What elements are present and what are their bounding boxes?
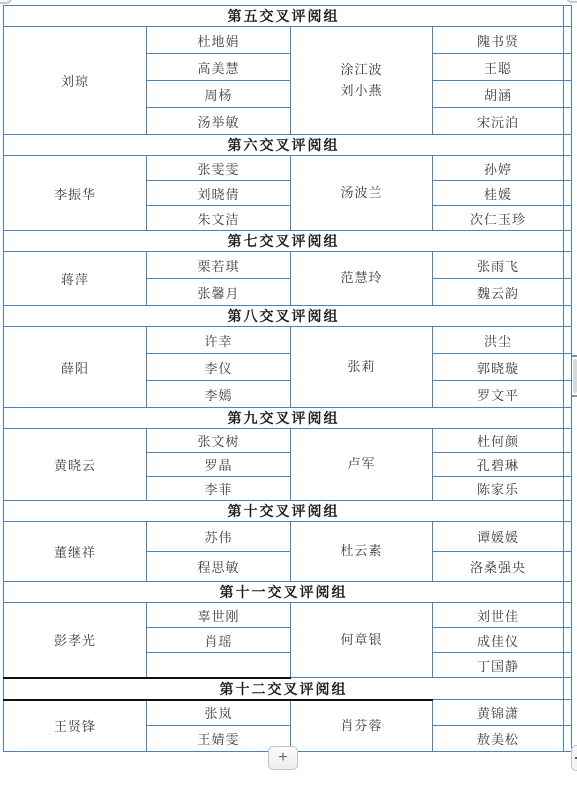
narrow-cell <box>564 429 572 453</box>
narrow-cell <box>564 6 572 27</box>
narrow-cell <box>564 522 572 552</box>
member-cell[interactable]: 次仁玉珍 <box>433 206 564 231</box>
group-header-cell[interactable]: 第八交叉评阅组 <box>4 306 564 327</box>
member-cell[interactable]: 苏伟 <box>147 522 291 552</box>
leader-cell[interactable]: 王贤锋 <box>4 700 147 752</box>
member-cell[interactable]: 张雨飞 <box>433 252 564 279</box>
member-cell[interactable]: 栗若琪 <box>147 252 291 279</box>
member-cell[interactable]: 汤举敏 <box>147 108 291 135</box>
member-cell[interactable]: 黄锦潇 <box>433 700 564 726</box>
narrow-cell <box>564 231 572 252</box>
member-cell[interactable]: 张文树 <box>147 429 291 453</box>
leader-cell[interactable]: 薛阳 <box>4 327 147 408</box>
narrow-cell <box>564 552 572 582</box>
leader-cell[interactable]: 刘琼 <box>4 27 147 135</box>
member-cell[interactable]: 程思敏 <box>147 552 291 582</box>
leader-cell[interactable]: 彭孝光 <box>4 603 147 678</box>
reviewer-cell[interactable]: 杜云素 <box>291 522 433 582</box>
narrow-cell <box>564 678 572 700</box>
member-cell[interactable]: 杜地娟 <box>147 27 291 54</box>
narrow-cell <box>564 408 572 429</box>
member-cell[interactable]: 孔碧琳 <box>433 453 564 477</box>
member-cell[interactable]: 张岚 <box>147 700 291 726</box>
member-cell[interactable]: 桂媛 <box>433 181 564 206</box>
member-cell[interactable]: 王聪 <box>433 54 564 81</box>
group-header-cell[interactable]: 第十二交叉评阅组 <box>4 678 564 700</box>
member-cell[interactable]: 罗文平 <box>433 381 564 408</box>
scrollbar-tick-bottom <box>572 395 577 397</box>
member-cell[interactable]: 郭晓璇 <box>433 354 564 381</box>
scrollbar-thumb[interactable] <box>573 359 577 393</box>
group-header-cell[interactable]: 第十一交叉评阅组 <box>4 582 564 603</box>
member-cell[interactable]: 张馨月 <box>147 279 291 306</box>
member-cell[interactable]: 李菲 <box>147 477 291 501</box>
member-cell[interactable]: 刘世佳 <box>433 603 564 628</box>
narrow-cell <box>564 582 572 603</box>
narrow-cell <box>564 252 572 279</box>
add-column-button-partial[interactable] <box>571 745 577 771</box>
member-cell[interactable]: 成佳仪 <box>433 628 564 653</box>
narrow-cell <box>564 628 572 653</box>
member-cell[interactable]: 洛桑强央 <box>433 552 564 582</box>
narrow-cell <box>564 156 572 181</box>
member-cell[interactable]: 丁国静 <box>433 653 564 678</box>
member-cell[interactable]: 杜何颜 <box>433 429 564 453</box>
member-cell[interactable]: 辜世刚 <box>147 603 291 628</box>
narrow-cell <box>564 81 572 108</box>
group-header-cell[interactable]: 第七交叉评阅组 <box>4 231 564 252</box>
narrow-cell <box>564 477 572 501</box>
narrow-cell <box>564 453 572 477</box>
member-cell[interactable]: 刘晓倩 <box>147 181 291 206</box>
button-fragment-top-right <box>566 0 577 3</box>
member-cell[interactable]: 张雯雯 <box>147 156 291 181</box>
leader-cell[interactable]: 黄晓云 <box>4 429 147 501</box>
narrow-cell <box>564 181 572 206</box>
group-header-cell[interactable]: 第六交叉评阅组 <box>4 135 564 156</box>
narrow-cell <box>564 27 572 54</box>
member-cell[interactable]: 魏云韵 <box>433 279 564 306</box>
narrow-cell <box>564 381 572 408</box>
reviewer-cell[interactable]: 何章银 <box>291 603 433 678</box>
member-cell[interactable]: 宋沅泊 <box>433 108 564 135</box>
narrow-cell <box>564 206 572 231</box>
narrow-cell <box>564 354 572 381</box>
member-cell[interactable]: 朱文洁 <box>147 206 291 231</box>
narrow-cell <box>564 501 572 522</box>
leader-cell[interactable]: 李振华 <box>4 156 147 231</box>
narrow-cell <box>564 135 572 156</box>
reviewer-cell[interactable]: 范慧玲 <box>291 252 433 306</box>
group-header-cell[interactable]: 第九交叉评阅组 <box>4 408 564 429</box>
button-fragment-top-left <box>0 0 12 4</box>
narrow-cell <box>564 653 572 678</box>
member-cell[interactable]: 谭媛媛 <box>433 522 564 552</box>
narrow-cell <box>564 700 572 726</box>
member-cell[interactable]: 洪尘 <box>433 327 564 354</box>
member-cell[interactable]: 隗书贤 <box>433 27 564 54</box>
group-header-cell[interactable]: 第十交叉评阅组 <box>4 501 564 522</box>
member-cell[interactable]: 胡涵 <box>433 81 564 108</box>
group-header-cell[interactable]: 第五交叉评阅组 <box>4 6 564 27</box>
leader-cell[interactable]: 董继祥 <box>4 522 147 582</box>
member-cell[interactable]: 肖瑶 <box>147 628 291 653</box>
member-cell[interactable] <box>147 653 291 678</box>
member-cell[interactable]: 高美慧 <box>147 54 291 81</box>
leader-cell[interactable]: 蒋萍 <box>4 252 147 306</box>
member-cell[interactable]: 敖美松 <box>433 726 564 752</box>
narrow-cell <box>564 108 572 135</box>
member-cell[interactable]: 罗晶 <box>147 453 291 477</box>
narrow-cell <box>564 279 572 306</box>
narrow-cell <box>564 603 572 628</box>
reviewer-cell[interactable]: 汤波兰 <box>291 156 433 231</box>
member-cell[interactable]: 李嫣 <box>147 381 291 408</box>
review-groups-table: 第五交叉评阅组刘琼杜地娟涂江波 刘小燕隗书贤高美慧王聪周杨胡涵汤举敏宋沅泊第六交… <box>3 5 572 752</box>
reviewer-cell[interactable]: 卢军 <box>291 429 433 501</box>
narrow-cell <box>564 54 572 81</box>
member-cell[interactable]: 许幸 <box>147 327 291 354</box>
narrow-cell <box>564 306 572 327</box>
reviewer-cell[interactable]: 涂江波 刘小燕 <box>291 27 433 135</box>
document-page: 第五交叉评阅组刘琼杜地娟涂江波 刘小燕隗书贤高美慧王聪周杨胡涵汤举敏宋沅泊第六交… <box>0 0 577 798</box>
member-cell[interactable]: 周杨 <box>147 81 291 108</box>
member-cell[interactable]: 陈家乐 <box>433 477 564 501</box>
member-cell[interactable]: 李仪 <box>147 354 291 381</box>
add-row-button[interactable]: + <box>268 746 298 770</box>
narrow-cell <box>564 327 572 354</box>
member-cell[interactable]: 孙婷 <box>433 156 564 181</box>
scrollbar-tick-top <box>572 355 577 357</box>
reviewer-cell[interactable]: 张莉 <box>291 327 433 408</box>
reviewer-cell[interactable]: 肖芬蓉 <box>291 700 433 752</box>
